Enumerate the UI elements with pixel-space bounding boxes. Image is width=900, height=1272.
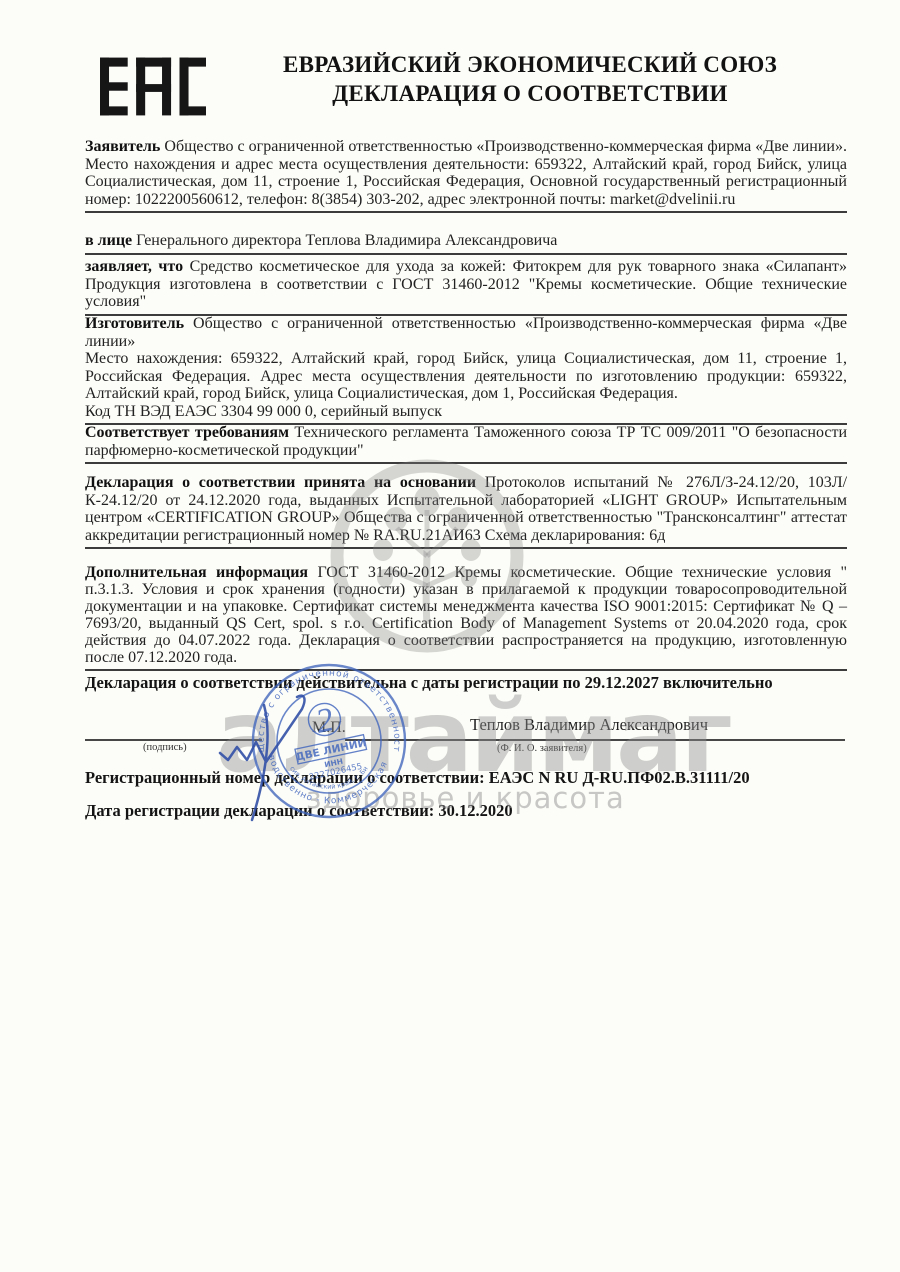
section-in-person: в лице Генерального директора Теплова Вл…	[85, 232, 847, 255]
stamp-place-abbr: М.П.	[312, 719, 346, 737]
section-declares: заявляет, что Средство косметическое для…	[85, 258, 847, 316]
signature-caption: (подпись)	[143, 742, 187, 753]
manufacturer-intro: Общество с ограниченной ответственностью…	[85, 315, 847, 350]
basis-label: Декларация о соответствии принята на осн…	[85, 474, 476, 491]
signer-name-caption: (Ф. И. О. заявителя)	[497, 743, 587, 754]
manufacturer-code-line: Код ТН ВЭД ЕАЭС 3304 99 000 0, серийный …	[85, 403, 847, 421]
in-person-label: в лице	[85, 232, 132, 249]
complies-label: Соответствует требованиям	[85, 424, 289, 441]
declares-label: заявляет, что	[85, 258, 183, 275]
section-applicant: Заявитель Общество с ограниченной ответс…	[85, 138, 847, 213]
manufacturer-address: Место нахождения: 659322, Алтайский край…	[85, 350, 847, 403]
section-validity: Декларация о соответствии действительна …	[85, 674, 847, 692]
section-complies: Соответствует требованиям Технического р…	[85, 424, 847, 464]
applicant-text: Общество с ограниченной ответственностью…	[85, 138, 847, 208]
manufacturer-label: Изготовитель	[85, 315, 184, 332]
section-basis: Декларация о соответствии принята на осн…	[85, 474, 847, 549]
registration-date-label: Дата регистрации декларации о соответств…	[85, 801, 434, 820]
registration-number-line: Регистрационный номер декларации о соотв…	[85, 769, 847, 787]
registration-number-value: ЕАЭС N RU Д-RU.ПФ02.В.31111/20	[489, 768, 750, 787]
manufacturer-intro-row: Изготовитель Общество с ограниченной отв…	[85, 315, 847, 350]
additional-label: Дополнительная информация	[85, 564, 308, 581]
union-title: ЕВРАЗИЙСКИЙ ЭКОНОМИЧЕСКИЙ СОЮЗ	[225, 50, 835, 79]
section-manufacturer: Изготовитель Общество с ограниченной отв…	[85, 315, 847, 425]
signer-name: Теплов Владимир Александрович	[470, 715, 708, 735]
section-additional: Дополнительная информация ГОСТ 31460-201…	[85, 564, 847, 671]
applicant-label: Заявитель	[85, 138, 160, 155]
eac-logo-icon	[100, 38, 206, 135]
signature-line	[85, 739, 262, 741]
registration-date-value: 30.12.2020	[438, 801, 512, 820]
signer-name-line	[345, 739, 845, 741]
declaration-document: ЕВРАЗИЙСКИЙ ЭКОНОМИЧЕСКИЙ СОЮЗ ДЕКЛАРАЦИ…	[0, 0, 900, 1272]
document-title: ЕВРАЗИЙСКИЙ ЭКОНОМИЧЕСКИЙ СОЮЗ ДЕКЛАРАЦИ…	[225, 50, 835, 108]
registration-date-line: Дата регистрации декларации о соответств…	[85, 802, 847, 820]
declares-text: Средство косметическое для ухода за коже…	[85, 258, 847, 310]
declaration-title: ДЕКЛАРАЦИЯ О СООТВЕТСТВИИ	[225, 79, 835, 108]
registration-number-label: Регистрационный номер декларации о соотв…	[85, 768, 485, 787]
in-person-text: Генерального директора Теплова Владимира…	[136, 232, 557, 249]
